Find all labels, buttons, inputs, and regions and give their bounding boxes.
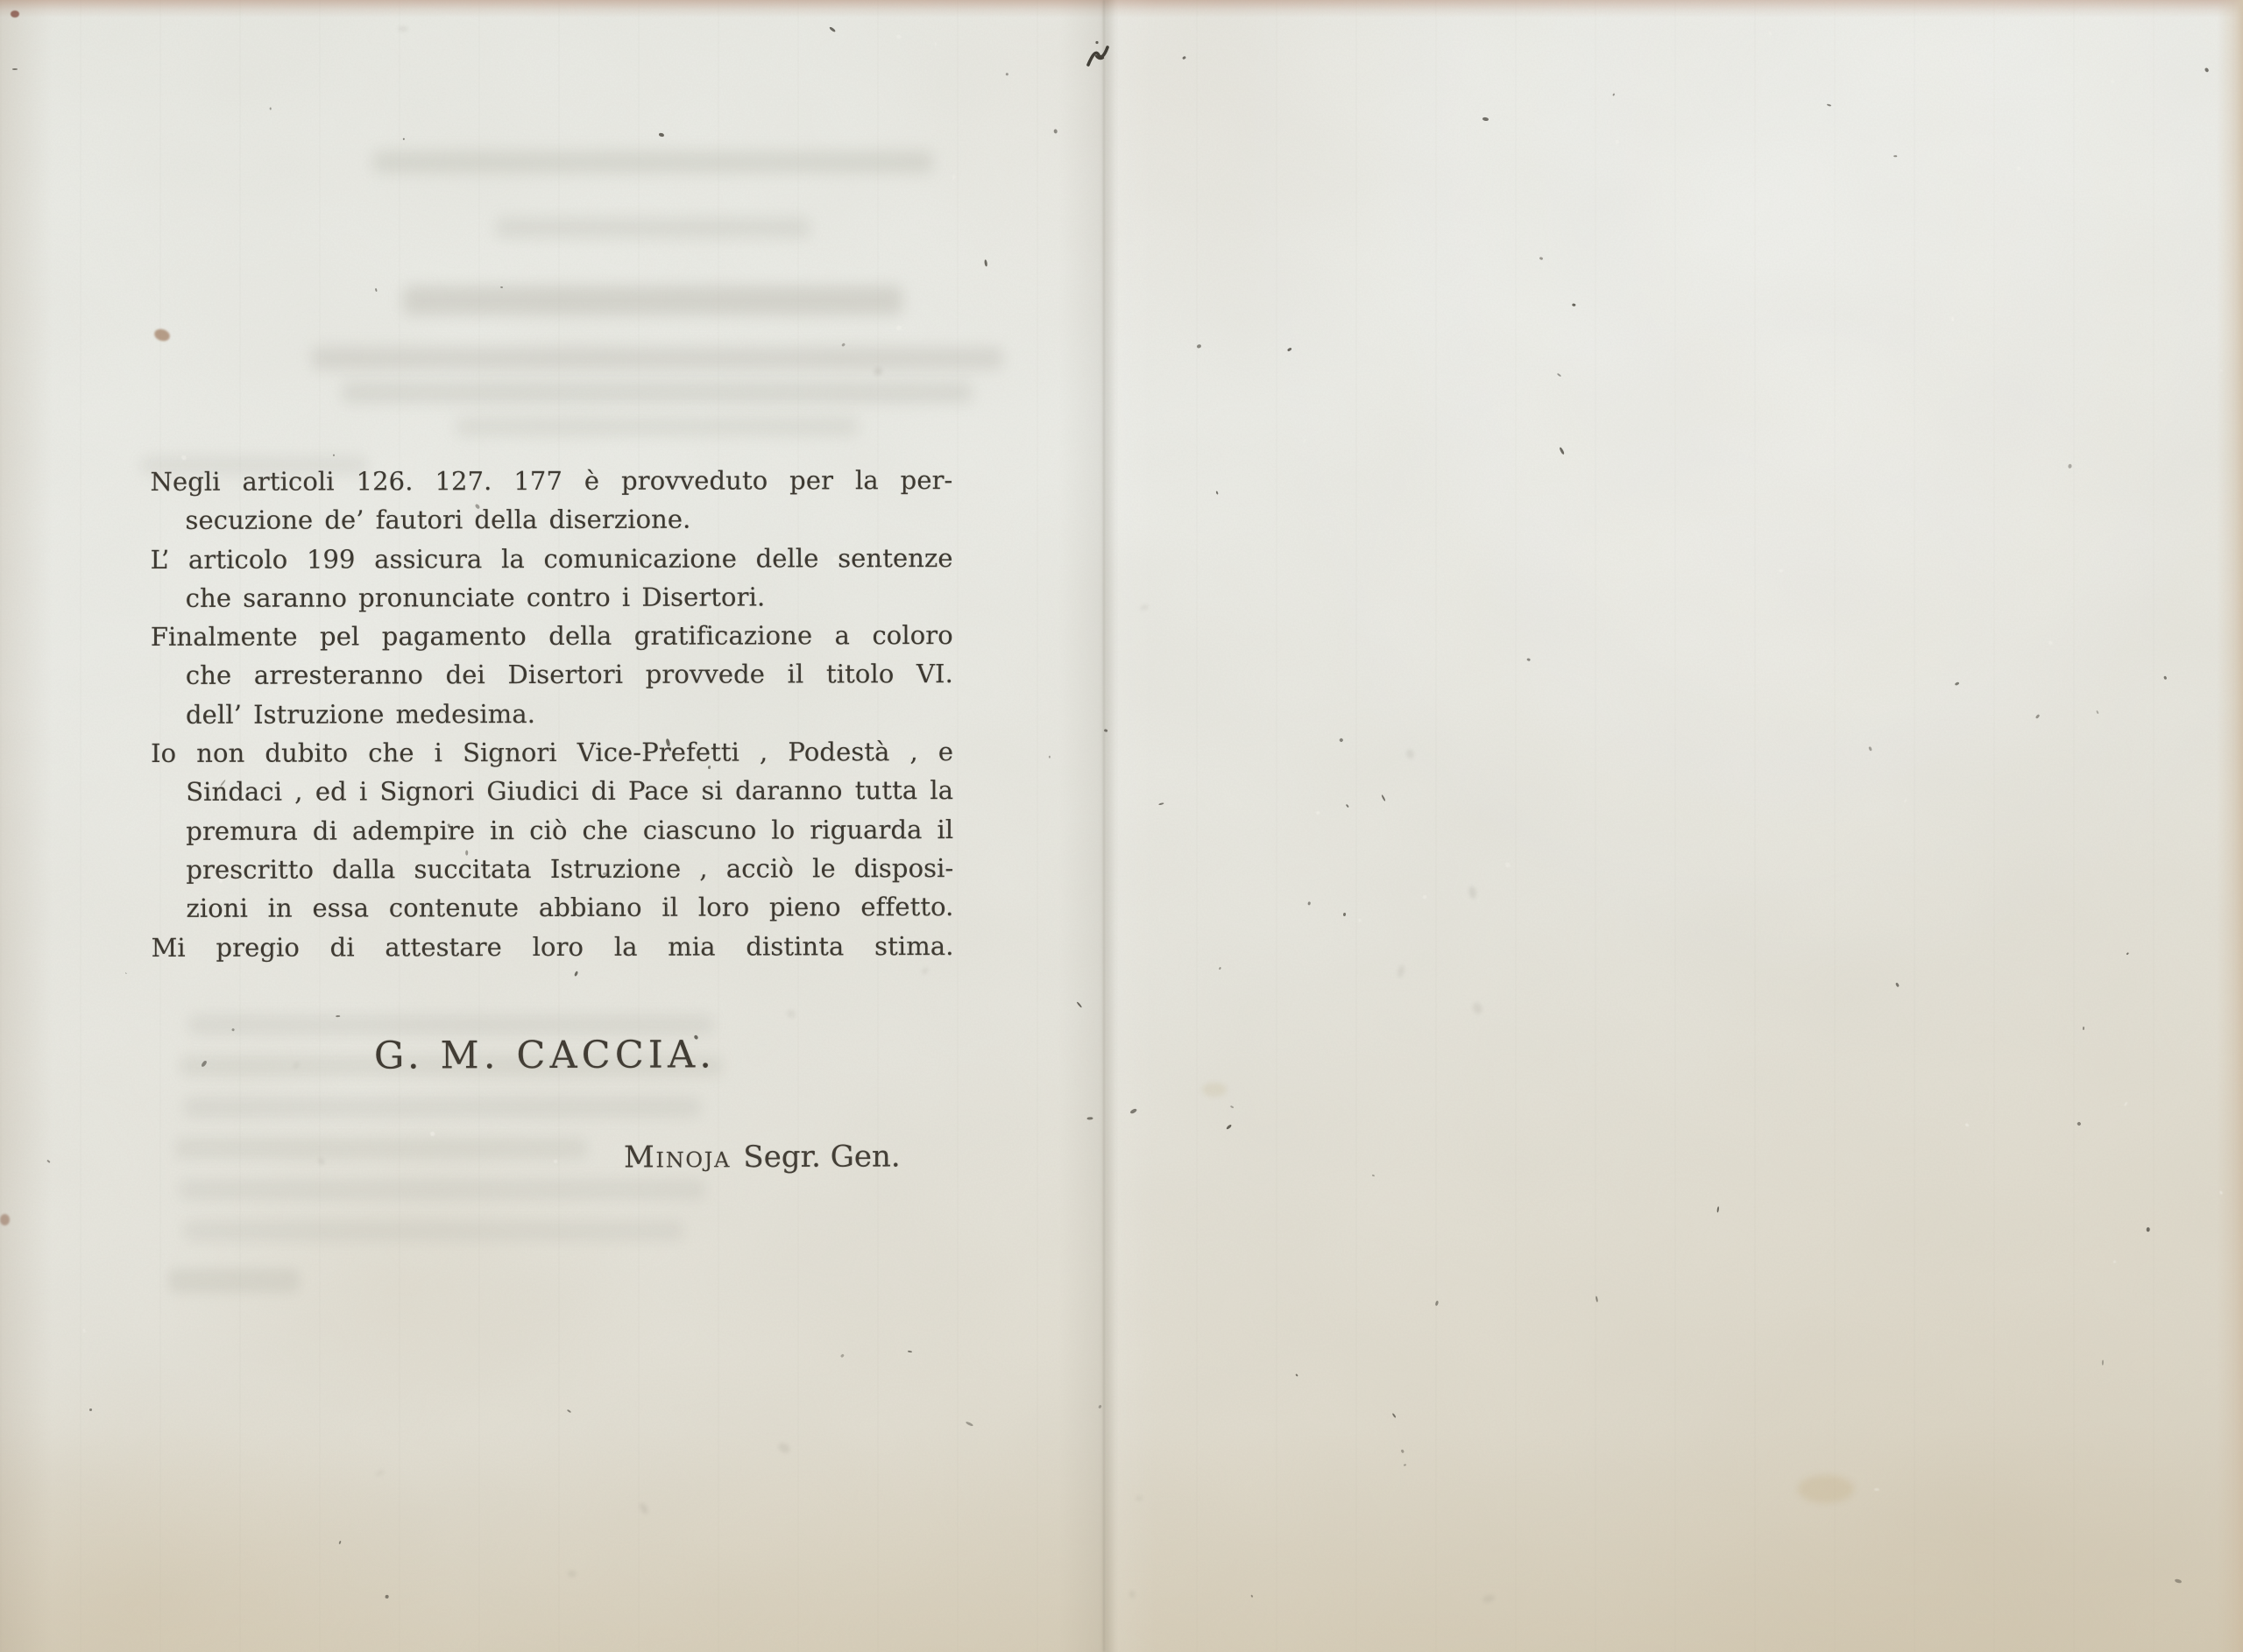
- body-text-line: Finalmente pel pagamento della gratifica…: [151, 616, 953, 656]
- speck: [1435, 1300, 1440, 1305]
- speck: [317, 1157, 325, 1166]
- body-text-line: che arresteranno dei Disertori provvede …: [151, 655, 953, 695]
- speck: [895, 325, 902, 330]
- speck: [180, 455, 187, 461]
- speck: [1596, 1296, 1598, 1303]
- ghost-line: [342, 382, 973, 403]
- secretary-title: Segr. Gen.: [743, 1139, 900, 1175]
- speck: [1053, 129, 1058, 134]
- body-text-line: Negli articoli 126. 127. 177 è provvedut…: [150, 461, 952, 501]
- ghost-line: [184, 1097, 701, 1118]
- body-text-block: Negli articoli 126. 127. 177 è provvedut…: [150, 461, 953, 967]
- body-text-line: premura di adempire in ciò che ciascuno …: [151, 810, 953, 851]
- speck: [201, 1060, 208, 1068]
- speck: [402, 138, 404, 141]
- speck: [786, 1008, 797, 1020]
- speck: [270, 108, 272, 110]
- ghost-line: [184, 1220, 683, 1241]
- speck: [574, 971, 578, 976]
- speck: [2113, 1260, 2116, 1264]
- speck: [659, 132, 665, 137]
- speck: [124, 972, 126, 975]
- scanned-document-spread: Negli articoli 126. 127. 177 è provvedut…: [0, 0, 2243, 1652]
- speck: [1717, 1206, 1720, 1213]
- blank-right-page-sheen: [1109, 0, 2243, 1139]
- speck: [984, 259, 987, 267]
- speck: [828, 26, 835, 32]
- secretary-line: MinojaSegr. Gen.: [624, 1137, 901, 1176]
- body-text-line: Io non dubito che i Signori Vice-Prefett…: [151, 732, 953, 773]
- speck: [429, 1131, 435, 1136]
- speck: [336, 1015, 340, 1017]
- ghost-line: [180, 1179, 705, 1200]
- ghost-line: [495, 217, 810, 238]
- speck: [935, 42, 937, 46]
- body-text-line: che saranno pronunciate contro i Diserto…: [151, 577, 953, 618]
- speck: [1295, 1373, 1298, 1377]
- ghost-line: [311, 347, 1003, 370]
- body-text-line: Mi pregio di attestare loro la mia disti…: [152, 927, 954, 967]
- speck: [83, 1329, 86, 1333]
- speck: [922, 967, 930, 975]
- speck: [952, 174, 956, 180]
- speck: [1048, 756, 1051, 759]
- body-text-line: L’ articolo 199 assicura la comunicazion…: [151, 539, 953, 579]
- speck: [1005, 73, 1008, 76]
- speck: [398, 26, 409, 32]
- foxing-spot-left: [152, 328, 171, 343]
- speck: [333, 455, 335, 457]
- speck: [842, 342, 846, 347]
- ghost-line: [175, 1138, 587, 1159]
- secretary-name: Minoja: [624, 1140, 731, 1175]
- speck: [232, 1028, 236, 1032]
- speck: [896, 35, 902, 40]
- speck: [2147, 1227, 2150, 1232]
- ghost-line: [168, 1268, 300, 1293]
- speck: [840, 1353, 845, 1358]
- speck: [873, 366, 884, 377]
- body-text-line: Sindaci , ed i Signori Giudici di Pace s…: [151, 771, 953, 811]
- body-text-line: prescritto dalla succitata Istruzione , …: [151, 849, 953, 889]
- speck: [908, 1351, 912, 1353]
- speck: [2102, 1360, 2104, 1366]
- body-text-line: dell’ Istruzione medesima.: [151, 694, 953, 734]
- speck: [554, 1160, 557, 1163]
- ghost-line: [188, 1014, 714, 1035]
- signature-name: G. M. CACCIA.: [374, 1034, 716, 1077]
- speck: [293, 1062, 300, 1070]
- ghost-line: [372, 151, 933, 173]
- page-left-edge: [0, 0, 53, 1652]
- ghost-line: [456, 417, 859, 436]
- speck: [374, 288, 377, 293]
- body-text-line: zioni in essa contenute abbiano il loro …: [151, 887, 953, 928]
- speck: [499, 286, 503, 289]
- center-fold-crease: [1103, 0, 1105, 1652]
- ghost-line: [403, 286, 902, 315]
- speck: [1372, 1174, 1375, 1176]
- body-text-line: secuzione de’ fautori della diserzione.: [150, 499, 952, 540]
